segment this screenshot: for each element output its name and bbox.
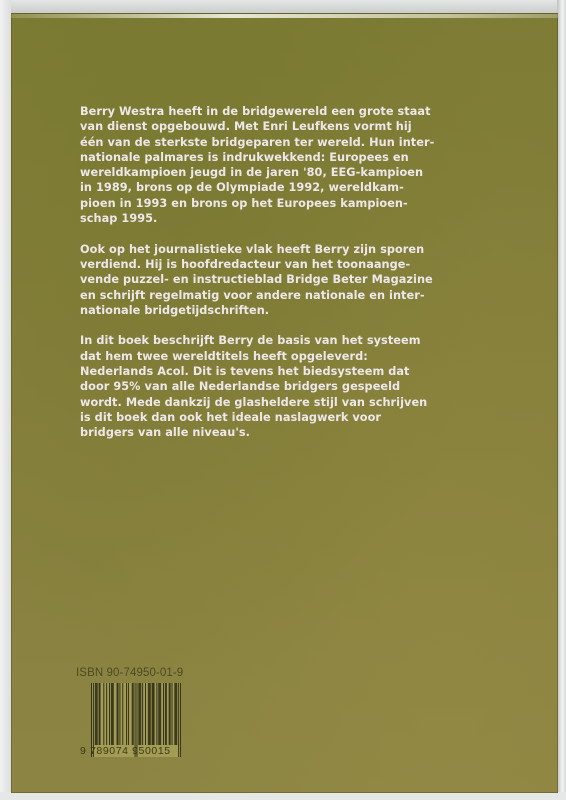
blurb-paragraph-author-career: Berry Westra heeft in de bridgewereld ee… bbox=[80, 104, 520, 226]
plastic-wrap-top bbox=[0, 0, 566, 14]
plastic-wrap-right bbox=[557, 0, 566, 800]
isbn-label: ISBN 90-74950-01-9 bbox=[76, 667, 183, 679]
cover-top-edge-glare bbox=[11, 14, 558, 18]
plastic-wrap-bottom bbox=[0, 792, 566, 800]
plastic-wrap-left bbox=[0, 0, 11, 800]
blurb-paragraph-book-description: In dit boek beschrijft Berry de basis va… bbox=[80, 333, 520, 440]
blurb-paragraph-journalism: Ook op het journalistieke vlak heeft Ber… bbox=[80, 242, 520, 318]
back-cover-blurb: Berry Westra heeft in de bridgewereld ee… bbox=[80, 104, 520, 456]
barcode-digits: 9 789074 950015 bbox=[80, 745, 171, 757]
